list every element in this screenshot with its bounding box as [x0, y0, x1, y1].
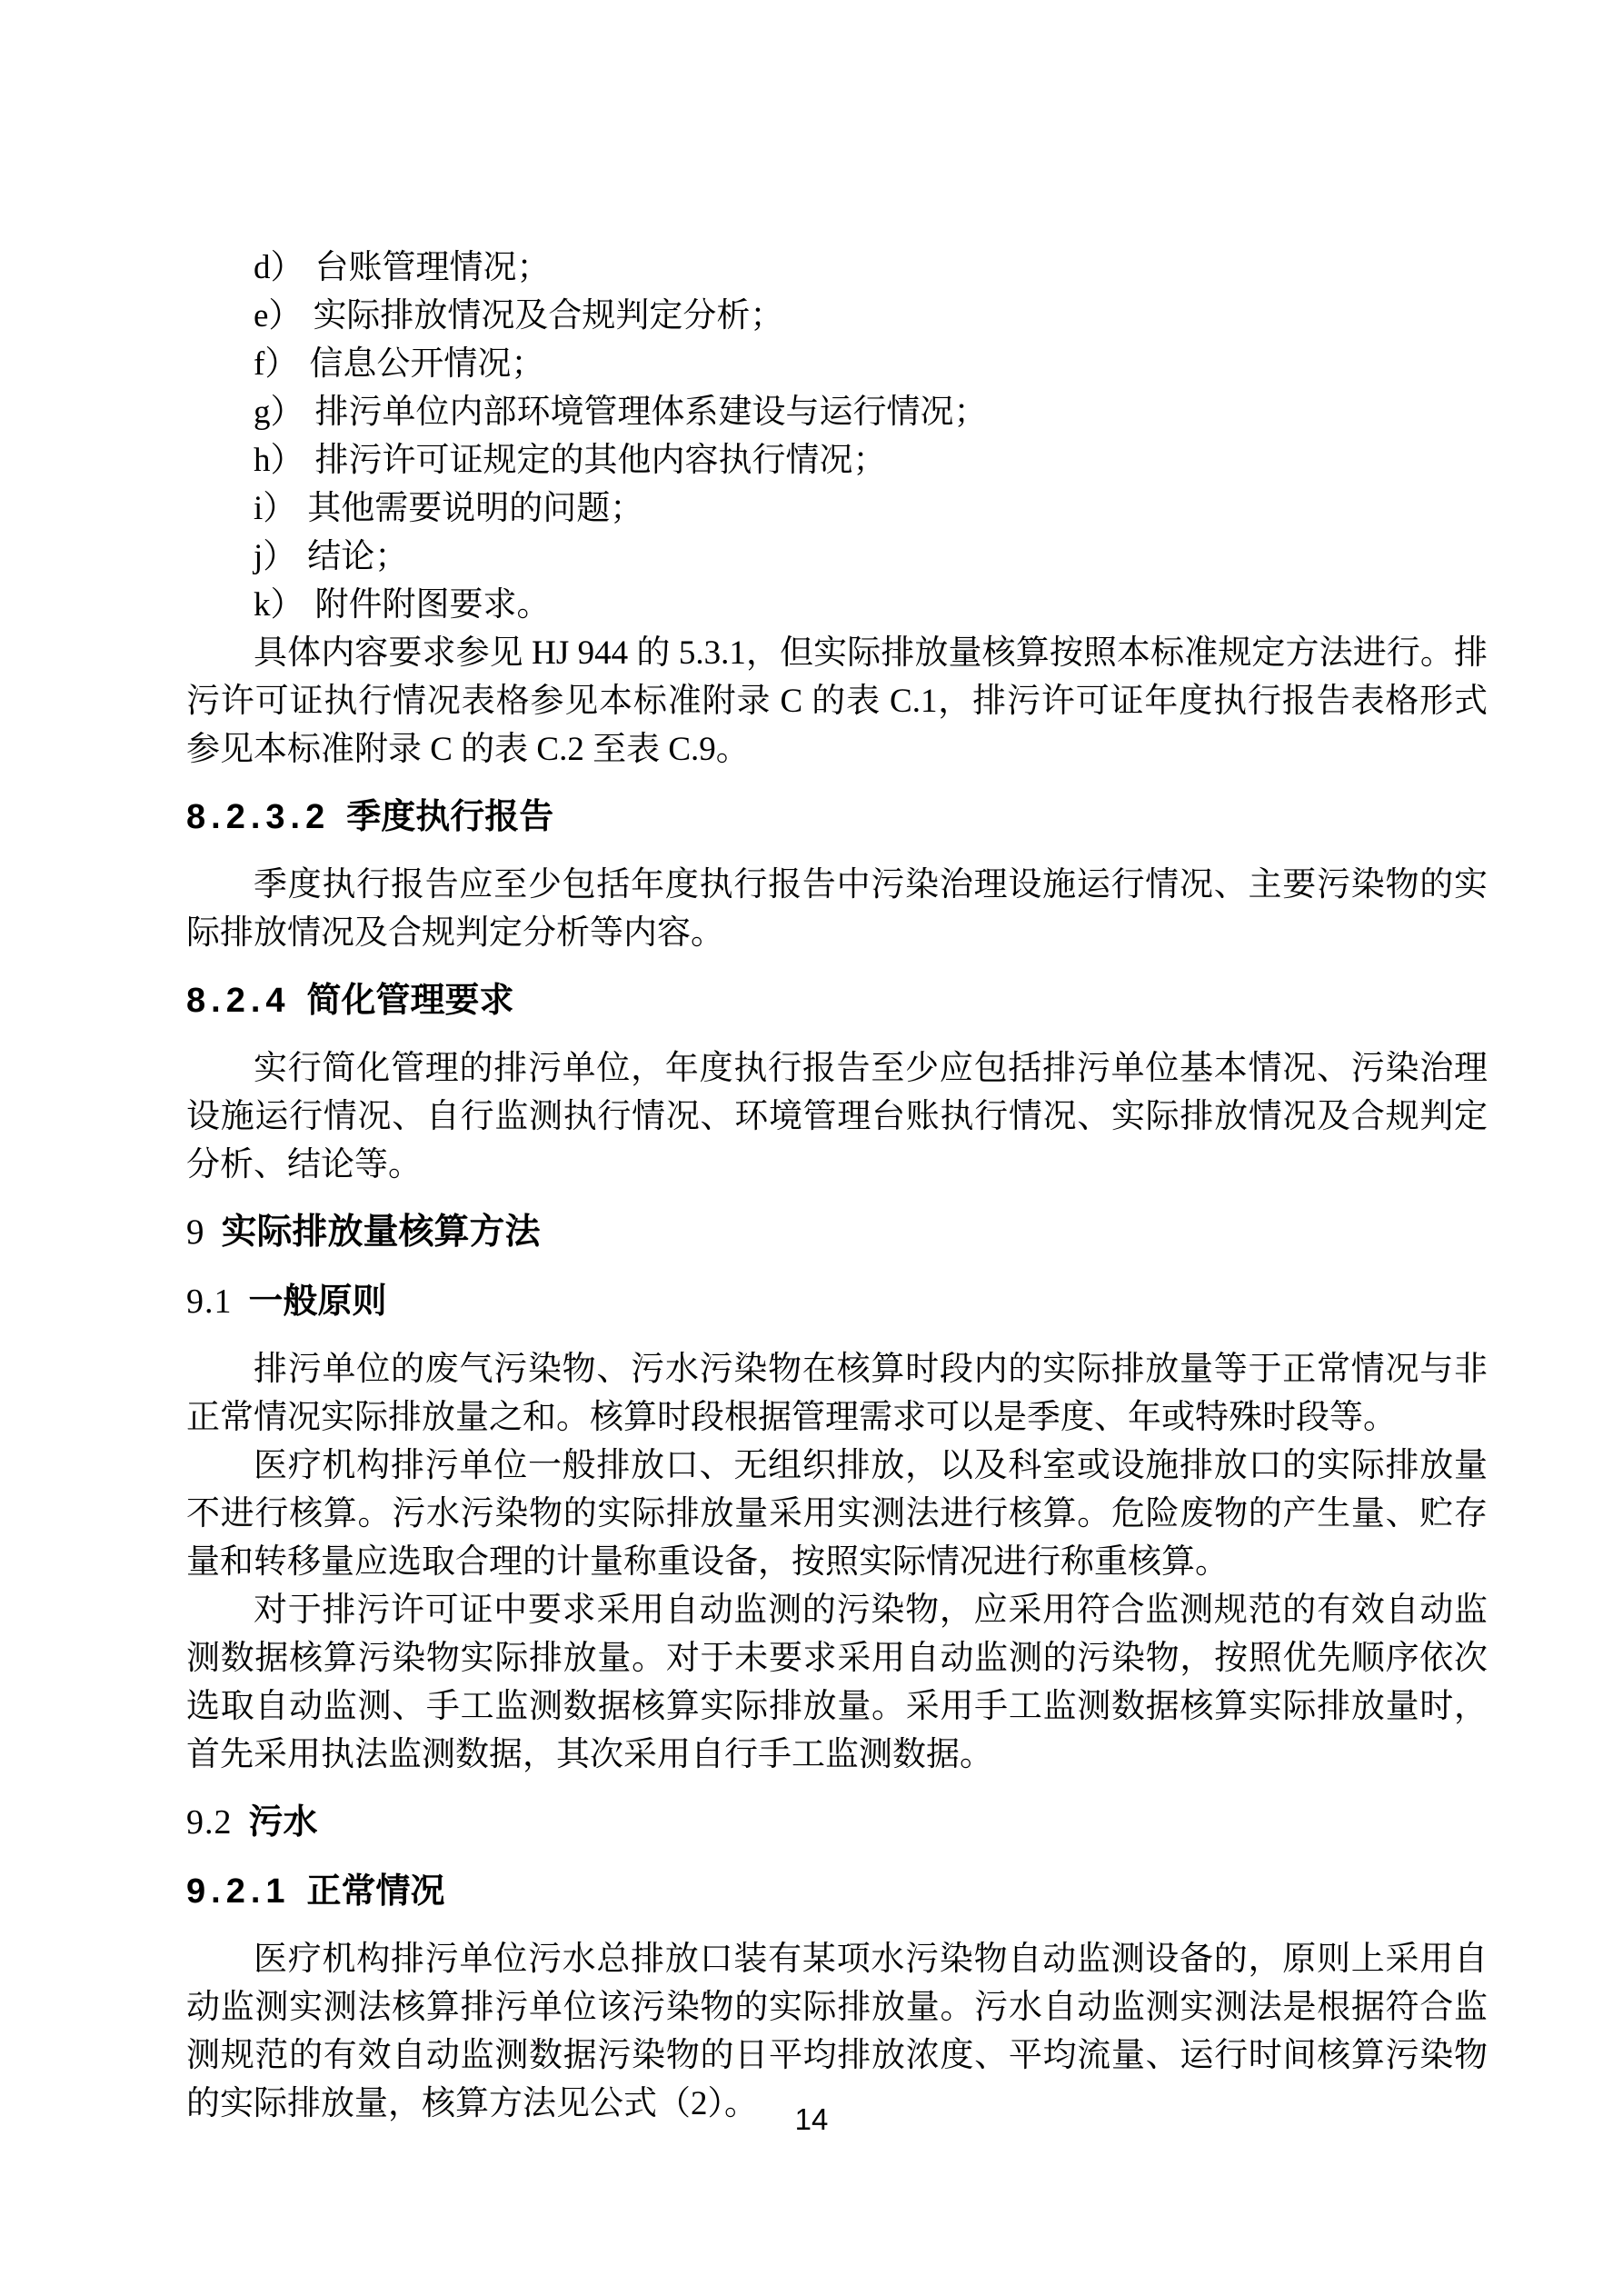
paragraph-hj944-reference: 具体内容要求参见 HJ 944 的 5.3.1，但实际排放量核算按照本标准规定方…	[186, 629, 1488, 774]
list-marker: j）	[254, 538, 296, 575]
list-item: k）附件附图要求。	[254, 581, 1488, 629]
heading-8-2-3-2: 8.2.3.2季度执行报告	[186, 792, 1488, 843]
list-item-text: 台账管理情况；	[315, 249, 551, 286]
list-item-text: 附件附图要求。	[315, 586, 551, 624]
list-item-text: 结论；	[307, 538, 408, 575]
list-item-text: 实际排放情况及合规判定分析；	[313, 297, 783, 334]
list-marker: g）	[254, 394, 304, 431]
heading-9-2: 9.2污水	[186, 1797, 1488, 1848]
heading-9-1: 9.1一般原则	[186, 1276, 1488, 1327]
report-content-list: d）台账管理情况； e）实际排放情况及合规判定分析； f）信息公开情况； g）排…	[186, 244, 1488, 629]
document-content: d）台账管理情况； e）实际排放情况及合规判定分析； f）信息公开情况； g）排…	[186, 244, 1488, 2128]
clause-title: 一般原则	[249, 1283, 387, 1321]
paragraph-general-principle-3: 对于排污许可证中要求采用自动监测的污染物，应采用符合监测规范的有效自动监测数据核…	[186, 1586, 1488, 1779]
list-item: d）台账管理情况；	[254, 244, 1488, 292]
list-marker: k）	[254, 586, 304, 624]
clause-title: 污水	[249, 1803, 318, 1842]
list-item: h）排污许可证规定的其他内容执行情况；	[254, 436, 1488, 484]
list-marker: i）	[254, 490, 296, 527]
list-item: g）排污单位内部环境管理体系建设与运行情况；	[254, 388, 1488, 436]
list-item-text: 信息公开情况；	[309, 345, 544, 383]
clause-number: 9.2	[186, 1803, 233, 1842]
list-item: f）信息公开情况；	[254, 340, 1488, 388]
page-number: 14	[0, 2101, 1623, 2138]
list-marker: d）	[254, 249, 304, 286]
paragraph-simplified-management: 实行简化管理的排污单位，年度执行报告至少应包括排污单位基本情况、污染治理设施运行…	[186, 1044, 1488, 1189]
heading-9: 9实际排放量核算方法	[186, 1207, 1488, 1258]
document-page: d）台账管理情况； e）实际排放情况及合规判定分析； f）信息公开情况； g）排…	[0, 0, 1623, 2296]
heading-9-2-1: 9.2.1正常情况	[186, 1866, 1488, 1917]
paragraph-normal-condition: 医疗机构排污单位污水总排放口装有某项水污染物自动监测设备的，原则上采用自动监测实…	[186, 1935, 1488, 2128]
list-marker: h）	[254, 442, 304, 479]
list-item-text: 排污单位内部环境管理体系建设与运行情况；	[315, 394, 988, 431]
paragraph-general-principle-2: 医疗机构排污单位一般排放口、无组织排放，以及科室或设施排放口的实际排放量不进行核…	[186, 1442, 1488, 1586]
clause-number: 9	[186, 1213, 205, 1252]
clause-title: 实际排放量核算方法	[222, 1213, 541, 1252]
list-item-text: 排污许可证规定的其他内容执行情况；	[315, 442, 887, 479]
heading-8-2-4: 8.2.4简化管理要求	[186, 975, 1488, 1026]
clause-number: 9.2.1	[186, 1872, 291, 1911]
list-item: e）实际排放情况及合规判定分析；	[254, 292, 1488, 340]
clause-title: 正常情况	[307, 1872, 445, 1911]
clause-number: 8.2.3.2	[186, 798, 330, 836]
list-item: j）结论；	[254, 533, 1488, 581]
paragraph-quarterly-report: 季度执行报告应至少包括年度执行报告中污染治理设施运行情况、主要污染物的实际排放情…	[186, 861, 1488, 957]
clause-number: 9.1	[186, 1283, 233, 1321]
list-marker: f）	[254, 345, 298, 383]
paragraph-general-principle-1: 排污单位的废气污染物、污水污染物在核算时段内的实际排放量等于正常情况与非正常情况…	[186, 1345, 1488, 1442]
clause-title: 季度执行报告	[346, 798, 553, 836]
list-item: i）其他需要说明的问题；	[254, 484, 1488, 533]
list-marker: e）	[254, 297, 302, 334]
clause-number: 8.2.4	[186, 982, 291, 1020]
list-item-text: 其他需要说明的问题；	[307, 490, 643, 527]
clause-title: 简化管理要求	[307, 982, 514, 1020]
